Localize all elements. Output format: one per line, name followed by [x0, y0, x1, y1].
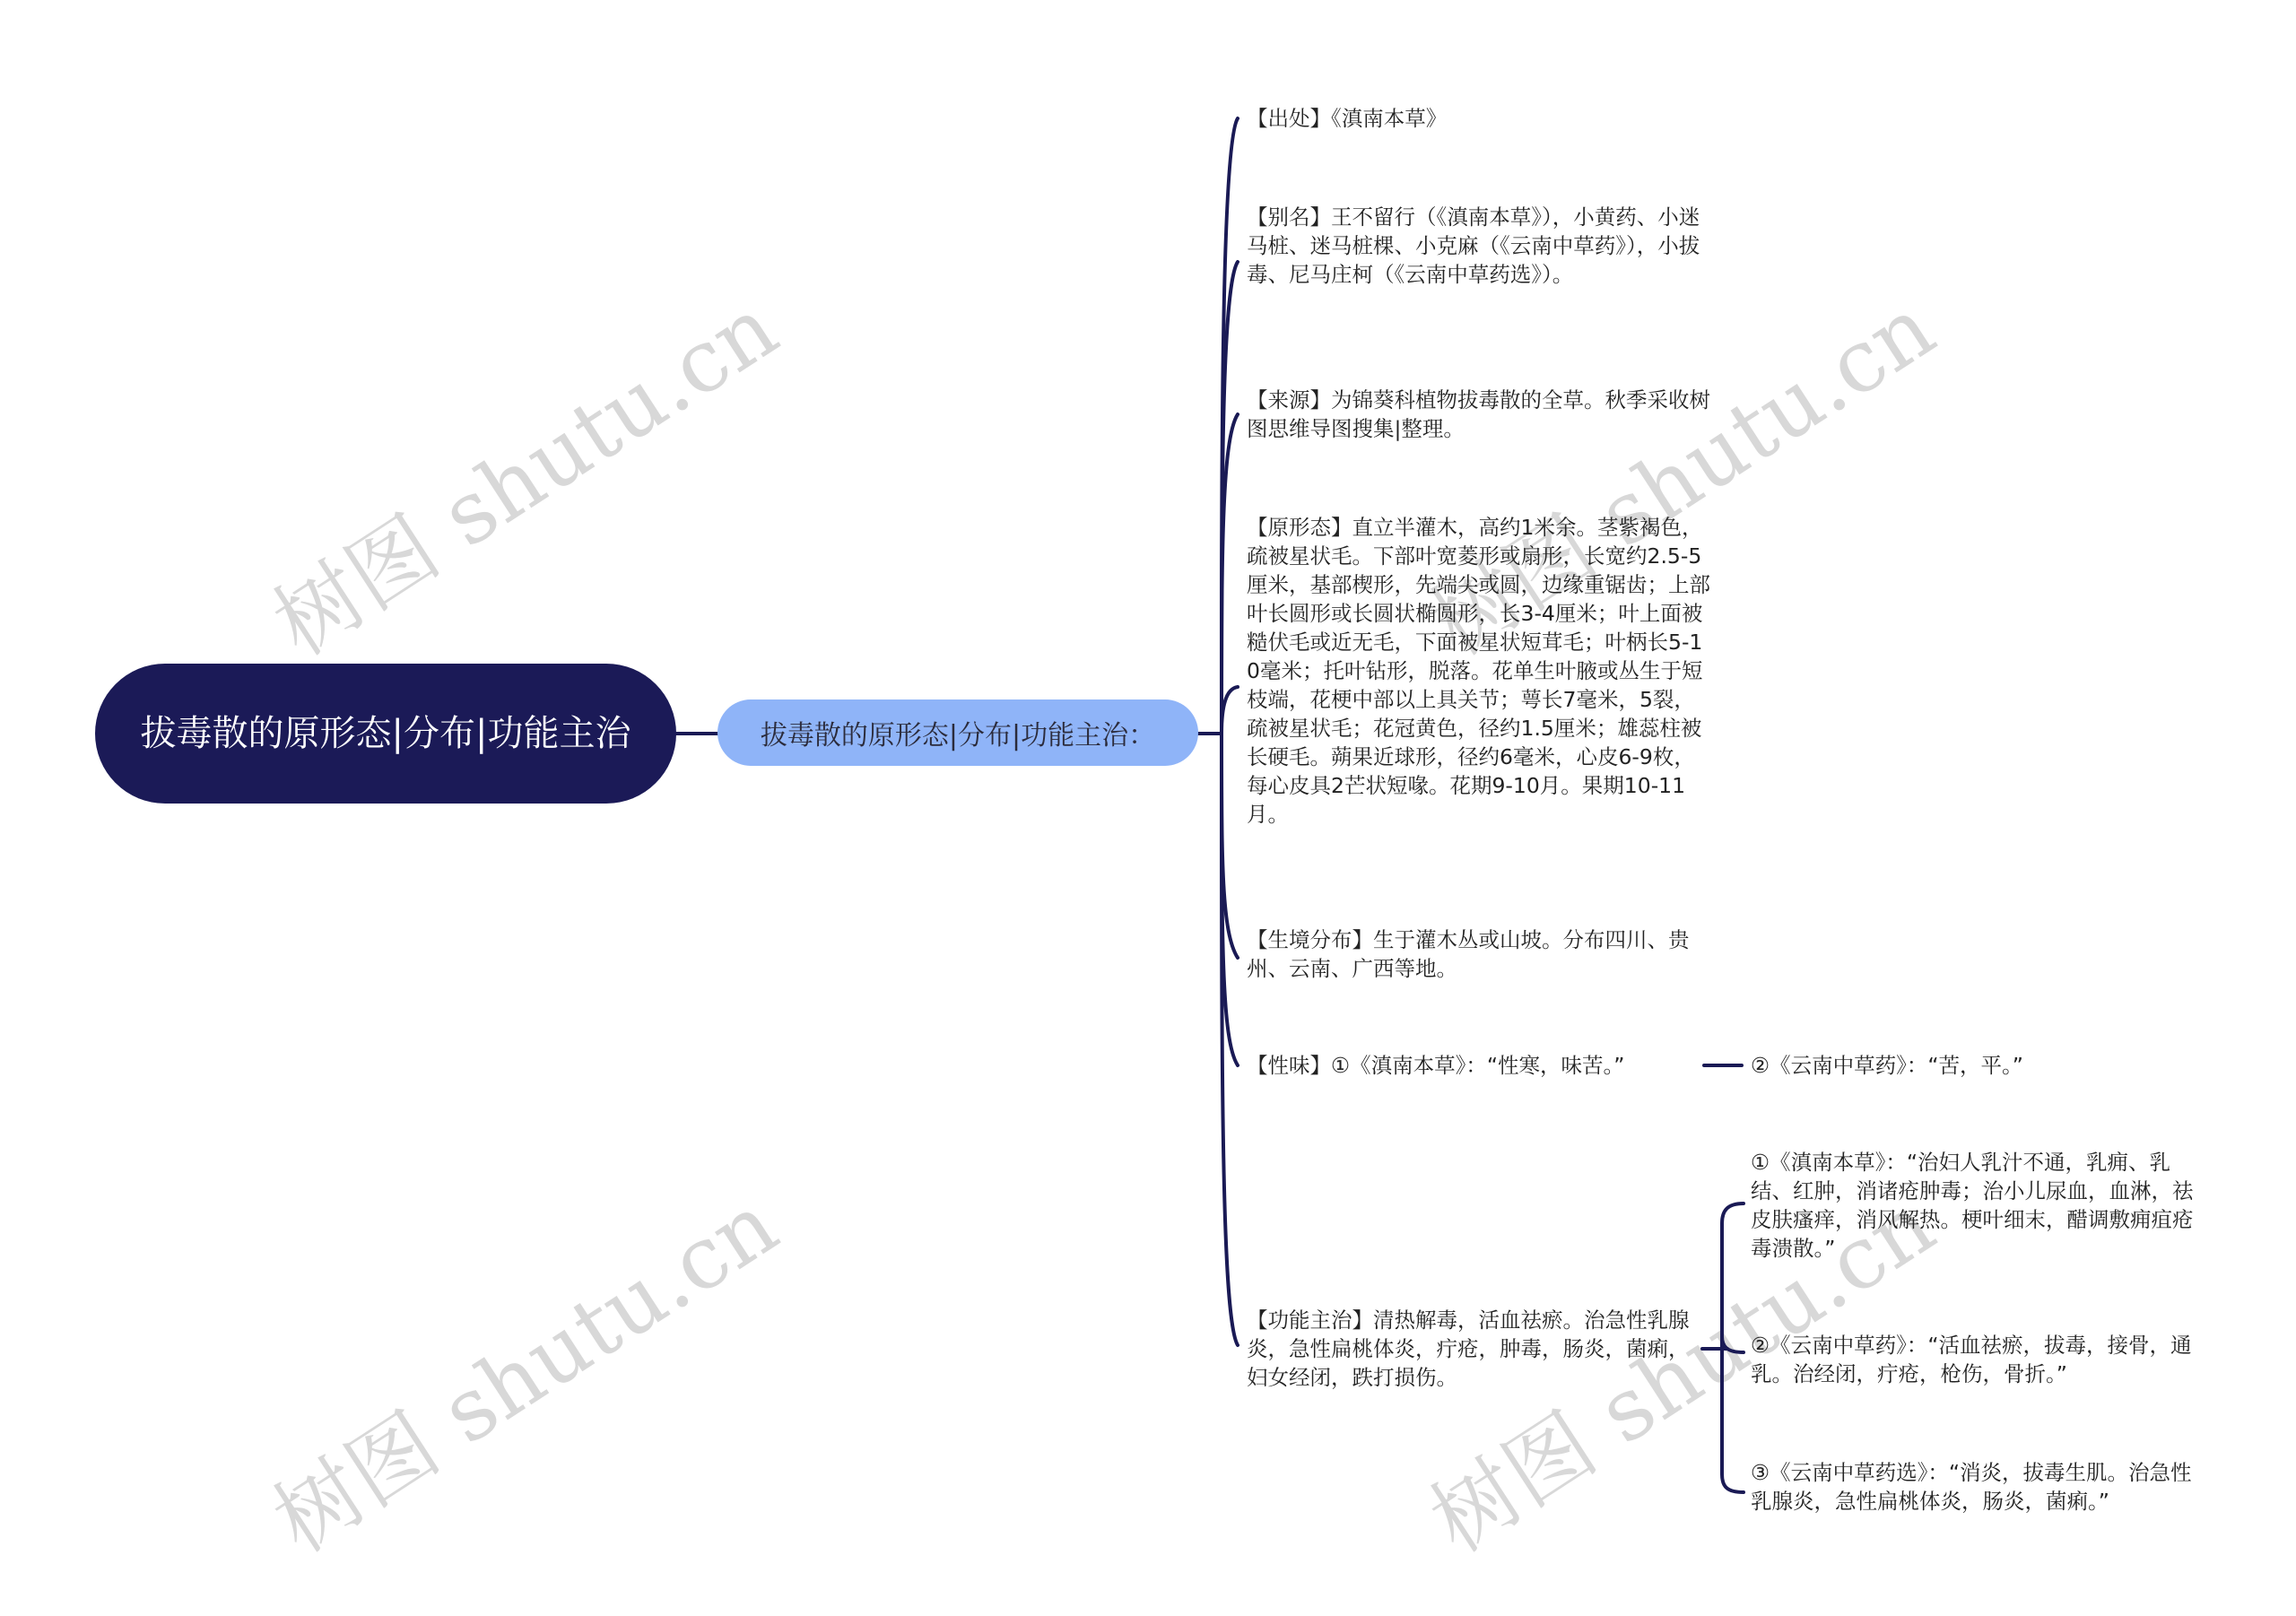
function-child-1[interactable]: ①《滇南本草》：“治妇人乳汁不通，乳痈、乳结、红肿，消诸疮肿毒；治小儿尿血，血淋…: [1751, 1148, 2208, 1263]
link-leaf-alias: [1222, 262, 1238, 734]
function-child-3[interactable]: ③《云南中草药选》：“消炎，拔毒生肌。治急性乳腺炎，急性扁桃体炎，肠炎，菌痢。”: [1751, 1458, 2208, 1516]
link-leaf-taste: [1222, 734, 1238, 1065]
main-branch-topic[interactable]: 拔毒散的原形态|分布|功能主治：: [717, 699, 1198, 766]
link-leaf-morphology: [1222, 687, 1238, 734]
main-branch-label: 拔毒散的原形态|分布|功能主治：: [761, 713, 1155, 752]
link-function-mid: [1722, 1336, 1744, 1352]
leaf-source[interactable]: 【出处】《滇南本草》: [1247, 104, 1713, 133]
leaf-habitat[interactable]: 【生境分布】生于灌木丛或山坡。分布四川、贵州、云南、广西等地。: [1247, 925, 1713, 983]
watermark: 树图 shutu.cn: [247, 1159, 796, 1576]
link-function-bracket: [1722, 1203, 1744, 1492]
leaf-morphology[interactable]: 【原形态】直立半灌木，高约1米余。茎紫褐色，疏被星状毛。下部叶宽菱形或扇形，长宽…: [1247, 513, 1713, 829]
link-leaf-habitat: [1222, 734, 1238, 958]
link-leaf-source: [1222, 118, 1238, 734]
root-topic-label: 拔毒散的原形态|分布|功能主治: [141, 710, 631, 757]
function-child-2[interactable]: ②《云南中草药》：“活血祛瘀，拔毒，接骨，通乳。治经闭，疔疮，枪伤，骨折。”: [1751, 1331, 2208, 1388]
leaf-function[interactable]: 【功能主治】清热解毒，活血祛瘀。治急性乳腺炎，急性扁桃体炎，疔疮，肿毒，肠炎，菌…: [1247, 1306, 1695, 1392]
leaf-origin[interactable]: 【来源】为锦葵科植物拔毒散的全草。秋季采收树图思维导图搜集|整理。: [1247, 386, 1713, 443]
link-leaf-origin: [1222, 414, 1238, 734]
taste-child[interactable]: ②《云南中草药》：“苦，平。”: [1751, 1051, 2208, 1080]
watermark: 树图 shutu.cn: [247, 262, 796, 679]
root-topic[interactable]: 拔毒散的原形态|分布|功能主治: [95, 664, 676, 804]
mind-map-canvas: 树图 shutu.cn 树图 shutu.cn 树图 shutu.cn 树图 s…: [0, 0, 2296, 1616]
link-leaf-function: [1222, 734, 1238, 1345]
leaf-taste[interactable]: 【性味】①《滇南本草》：“性寒，味苦。”: [1247, 1051, 1713, 1080]
leaf-alias[interactable]: 【别名】王不留行（《滇南本草》），小黄药、小迷马桩、迷马桩棵、小克麻（《云南中草…: [1247, 203, 1713, 289]
